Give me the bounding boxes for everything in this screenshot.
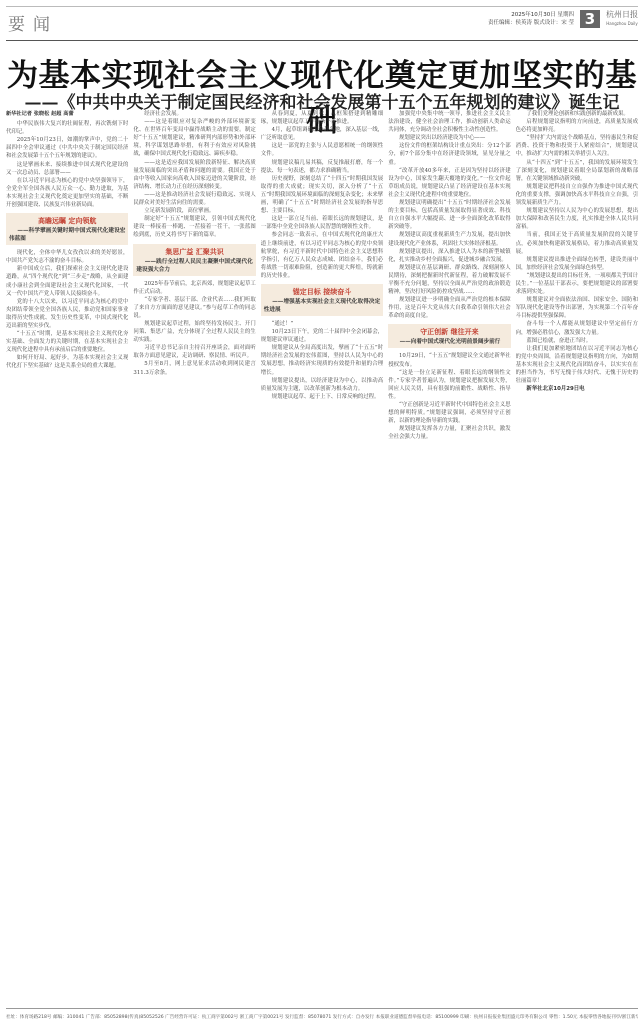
paragraph: 规划建议在基层调研、群众路线、深刻洞察人民期待，深刻把握新时代新征程，着力破解发…: [388, 264, 510, 296]
text-column-1: 新华社记者 张晓松 赵超 高蕾中华民族伟大复兴的壮阔征程，再次镌刻下时代印记。2…: [6, 110, 128, 980]
paragraph: 这是一部党的主张与人民意愿相统一的纲领性文件。: [261, 142, 383, 158]
subhead-subtitle: ——向着中国式现代化光明前景阔步前行: [391, 338, 507, 346]
paragraph: “通过！”: [261, 320, 383, 328]
section-subhead: 高瞻远瞩 定向领航——科学擘画关键时期中国式现代化建设宏伟蓝图: [6, 213, 128, 245]
paragraph: “规划建议提出的目标任务，一项项都关乎国计民生。”一位基层干部表示，要把规划建议…: [516, 272, 638, 296]
paragraph: 现代化，全体中华儿女孜孜以求的美好愿景，中国共产党矢志不渝的奋斗目标。: [6, 249, 128, 265]
paragraph: 党的十八大以来，以习近平同志为核心的党中央团结带领全党全国各族人民，推动党和国家…: [6, 298, 128, 330]
paragraph: 了我们党理论创新和实践创新的最新成果。: [516, 110, 638, 118]
paragraph: 规划建议起草、起于上下、日常反响的过程。: [261, 393, 383, 401]
paper-logo-en: Hangzhou Daily: [606, 19, 638, 28]
paragraph: 规划建议提出，深入推进以人为本的新型城镇化，扎实推动乡村全面振兴，促进城乡融合发…: [388, 248, 510, 264]
paragraph: 这份文件的框架结构设计重点突出：分12个部分，前7个部分集中在经济建设领域，显见…: [388, 142, 510, 166]
paragraph: 规划建议高度重视新质生产力发展，提出加快建设现代化产业体系，巩固壮大实体经济根基…: [388, 231, 510, 247]
text-column-3: 从春到夏，从夏到秋，从框架搭建到精雕细琢，规划建议起草工作有条不紊推进。4月，起…: [261, 110, 383, 980]
paper-logo: 杭州日报 Hangzhou Daily: [606, 10, 638, 28]
paragraph: 奋斗每一个人都能从规划建议中坚定前行方向，增强必胜信心，激发强大力量。: [516, 320, 638, 336]
paragraph: 5月至8月，网上意见征求活动收到网民建言311.3万余条。: [133, 360, 255, 376]
issue-date: 2025年10月30日 星期四: [488, 11, 574, 19]
paragraph: ——这是适应我国发展阶段新特征、解决高质量发展面临的突出矛盾和问题的需要。我国正…: [133, 159, 255, 191]
paper-logo-name: 杭州日报: [606, 10, 638, 19]
paragraph: 参会同志一致表示，在中国式现代化的康庄大道上继续前进，有以习近平同志为核心的党中…: [261, 231, 383, 280]
paragraph: 4月，起草组调研组分赴各地，深入基层一线，广泛听取意见。: [261, 126, 383, 142]
masthead: 要闻 2025年10月30日 星期四 责任编辑：侯英涛 版式设计：宋 莹 3 杭…: [6, 8, 638, 40]
paragraph: 当前，我国正处于高质量发展阶段的关键节点，必须加快构建新发展格局，着力推动高质量…: [516, 231, 638, 255]
paragraph: 如何开好局、起好步，为基本实现社会主义现代化打下坚实基础？这是关系全局的重大课题…: [6, 354, 128, 370]
text-column-2: 经济社会发展。——这是着眼应对复杂严峻的外部环境新变化、在世界百年变局中赢得战略…: [133, 110, 255, 980]
subhead-subtitle: ——践行全过程人民民主凝聚中国式现代化建设强大合力: [136, 258, 252, 274]
paragraph: 规划建议把科技自立自强作为推进中国式现代化的重要支撑，强调加快高水平科技自立自强…: [516, 183, 638, 207]
paragraph: 10月29日，“十五五”规划建议全文通过新华社授权发布。: [388, 352, 510, 368]
paragraph: “改革开放40多年来，正是因为坚持以经济建设为中心，国家发生翻天覆地的变化。”一…: [388, 167, 510, 199]
subhead-title: 高瞻远瞩 定向领航: [9, 216, 125, 227]
dateline-signoff: 新华社北京10月29日电: [516, 385, 638, 393]
paragraph: 从春到夏，从夏到秋，从框架搭建到精雕细琢，规划建议起草工作有条不紊推进。: [261, 110, 383, 126]
paragraph: 规划建议稿几易其稿，反复推敲打磨，每一个提法、每一句表述，都力求准确精当。: [261, 159, 383, 175]
paragraph: 规划建议从全局高度出发，擘画了“十五五”时期经济社会发展的宏伟蓝图，坚持以人民为…: [261, 344, 383, 376]
paragraph: 中华民族伟大复兴的壮阔征程，再次镌刻下时代印记。: [6, 120, 128, 136]
paragraph: 历史视野，深刻总结了“十四五”时期我国发展取得的重大成就；现实关切，深入分析了“…: [261, 175, 383, 215]
subhead-title: 锚定目标 接续奋斗: [264, 287, 380, 298]
masthead-rule: [6, 40, 638, 41]
paragraph: ——这是推动经济社会发展行稳致远、实现人民群众对美好生活向往的需要。: [133, 191, 255, 207]
paragraph: “坚持扩大内需这个战略基点，坚持惠民生和促消费、投资于物和投资于人紧密结合”，规…: [516, 134, 638, 158]
paragraph: 这是一部立足当前、着眼长远的规划建议，是一部集中全党全国各族人民智慧的纲领性文件…: [261, 215, 383, 231]
page-footer: 社址：体育场路218号 邮编：310041 广告部：85052898(传真)85…: [6, 1014, 638, 1020]
subhead-title: 集思广益 汇聚共识: [136, 247, 252, 258]
paragraph: 规划建议进一步明确全面从严治党的根本保障作用，这是百年大党从伟大自我革命引领伟大…: [388, 296, 510, 320]
paragraph: 新中国成立后，我们探索社会主义现代化建设道路，从“四个现代化”到“三步走”战略，…: [6, 265, 128, 297]
paragraph: 10月23日下午，党的二十届四中全会闭幕会，规划建议审议通过。: [261, 328, 383, 344]
section-subhead: 守正创新 继往开来——向着中国式现代化光明前景阔步前行: [388, 324, 510, 348]
page-number-badge: 3: [580, 10, 600, 28]
section-subhead: 集思广益 汇聚共识——践行全过程人民民主凝聚中国式现代化建设强大合力: [133, 244, 255, 276]
paragraph: 2025年春节前后，北京西郊，规划建议起草工作正式启动。: [133, 280, 255, 296]
section-subhead: 锚定目标 接续奋斗——增强基本实现社会主义现代化取得决定性进展: [261, 284, 383, 316]
paragraph: 这是擘画未来、接续推进中国式现代化建设的又一次总动员、总部署——: [6, 161, 128, 177]
paragraph: 2025年10月23日，如潮的掌声中，党的二十届四中全会审议通过《中共中央关于制…: [6, 136, 128, 160]
text-column-4: 加强党中央集中统一领导，推进社会主义民主法治建设，健全社会治理工作，推动创新人类…: [388, 110, 510, 980]
subhead-subtitle: ——科学擘画关键时期中国式现代化建设宏伟蓝图: [9, 227, 125, 243]
editors-credit: 责任编辑：侯英涛 版式设计：宋 莹: [488, 19, 574, 27]
paragraph: 启程规划建议指明的方向前进，高质量发展成色必将更加鲜亮。: [516, 118, 638, 134]
section-name: 要闻: [8, 10, 58, 35]
paragraph: 制定好“十五五”规划建议，引领中国式现代化建设一棒接着一棒跑、一茬接着一茬干，一…: [133, 215, 255, 239]
paragraph: 规划建议提出，以经济建设为中心，以推动高质量发展为主题，以改革创新为根本动力。: [261, 377, 383, 393]
masthead-meta: 2025年10月30日 星期四 责任编辑：侯英涛 版式设计：宋 莹: [488, 11, 574, 27]
paragraph: 从“十四五”到“十五五”，我国的发展环境发生了深刻变化，规划建议着眼全局谋划新的…: [516, 159, 638, 183]
paragraph: ——这是着眼应对复杂严峻的外部环境新变化、在世界百年变局中赢得战略主动的需要。制…: [133, 118, 255, 158]
paragraph: 规划建议突出以经济建设为中心——: [388, 134, 510, 142]
paragraph: 规划建议坚持以人民为中心的发展思想，提出加大保障和改善民生力度，扎实推进全体人民…: [516, 207, 638, 231]
paragraph: 规划建议明确提出“十五五”时期经济社会发展的主要目标，包括高质量发展取得显著成效…: [388, 199, 510, 231]
paragraph: 在以习近平同志为核心的党中央坚强领导下，全党全军全国各族人民万众一心、勤力进取，…: [6, 177, 128, 209]
paragraph: 立足新发展阶段，高位擘画。: [133, 207, 255, 215]
subhead-subtitle: ——增强基本实现社会主义现代化取得决定性进展: [264, 298, 380, 314]
paragraph: 规划建议起草过程，始终坚持发扬民主、开门问策、集思广益，充分体现了全过程人民民主…: [133, 320, 255, 344]
top-rule: [6, 6, 638, 7]
byline: 新华社记者 张晓松 赵超 高蕾: [6, 110, 128, 118]
article-body: 新华社记者 张晓松 赵超 高蕾中华民族伟大复兴的壮阔征程，再次镌刻下时代印记。2…: [6, 110, 638, 980]
footer-rule: [6, 1008, 638, 1009]
paragraph: 规划建议提出推进全面绿色转型，建设美丽中国，加快经济社会发展全面绿色转型。: [516, 256, 638, 272]
paragraph: “专家学者、基层干部、企业代表……我们听取了来自方方面面的意见建议。”参与起草工…: [133, 296, 255, 320]
subhead-title: 守正创新 继往开来: [391, 327, 507, 338]
paragraph: 蓝图已绘就，奋进正当时。: [516, 337, 638, 345]
paragraph: 加强党中央集中统一领导，推进社会主义民主法治建设，健全社会治理工作，推动创新人类…: [388, 110, 510, 134]
paragraph: 让我们更加紧密地团结在以习近平同志为核心的党中央周围，沿着规划建议指明的方向，为…: [516, 345, 638, 385]
paragraph: 规划建议发挥各方力量，汇聚社会共识，激发全社会强大力量。: [388, 425, 510, 441]
paragraph: “十五五”时期，是基本实现社会主义现代化夯实基础、全面发力的关键时期，在基本实现…: [6, 330, 128, 354]
paragraph: “守正创新是习近平新时代中国特色社会主义思想的鲜明特质。”规划建议强调，必须坚持…: [388, 401, 510, 425]
paragraph: 习近平总书记亲自主持召开座谈会，面对面听取各方面意见建议，走访调研、察民情、听民…: [133, 344, 255, 360]
paragraph: “这是一份立足新征程、着眼长远的纲领性文件。”专家学者普遍认为，规划建议把握发展…: [388, 369, 510, 401]
masthead-right: 2025年10月30日 星期四 责任编辑：侯英涛 版式设计：宋 莹 3 杭州日报…: [488, 10, 638, 28]
paragraph: 规划建议对全面依法治国、国家安全、国防和军队现代化建设等作出部署，为实现第二个百…: [516, 296, 638, 320]
text-column-5: 了我们党理论创新和实践创新的最新成果。启程规划建议指明的方向前进，高质量发展成色…: [516, 110, 638, 980]
paragraph: 经济社会发展。: [133, 110, 255, 118]
